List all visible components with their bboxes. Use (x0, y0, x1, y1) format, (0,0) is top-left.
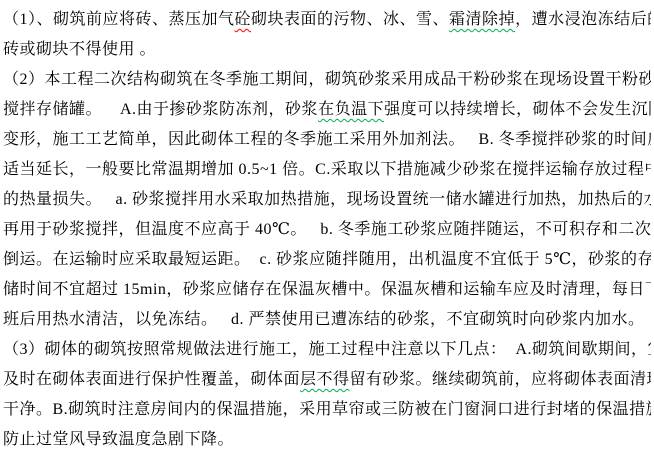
text-segment: （1）、砌筑前应将砖、蒸压加气 (3, 11, 235, 28)
document-line: 及时在砌体表面进行保护性覆盖，砌体面层不得留有砂浆。继续砌筑前，应将砌体表面清理 (3, 365, 651, 395)
text-segment: 防止过堂风导致温度急剧下降。 (3, 431, 234, 448)
text-segment: 砌块表面的污物、冰、雪、 (251, 11, 449, 28)
grammar-flagged-text: 霜清除掉 (449, 11, 515, 28)
document-line: （2）本工程二次结构砌筑在冬季施工期间，砌筑砂浆采用成品干粉砂浆在现场设置干粉砂… (3, 65, 651, 95)
document-line: 适当延长，一般要比常温期增加 0.5~1 倍。C.采取以下措施减少砂浆在搅拌运输… (3, 155, 651, 185)
text-segment: 干净。B.砌筑时注意房间内的保温措施，采用草帘或三防被在门窗洞口进行封堵的保温措… (3, 401, 651, 418)
document-body[interactable]: （1）、砌筑前应将砖、蒸压加气砼砌块表面的污物、冰、雪、霜清除掉，遭水浸泡冻结后… (3, 5, 651, 455)
document-line: 搅拌存储罐。 A.由于掺砂浆防冻剂，砂浆在负温下强度可以持续增长，砌体不会发生沉… (3, 95, 651, 125)
document-line: 干净。B.砌筑时注意房间内的保温措施，采用草帘或三防被在门窗洞口进行封堵的保温措… (3, 395, 651, 425)
text-segment: 再用于砂浆搅拌，但温度不应高于 40℃。 b. 冬季施工砂浆应随拌随运，不可积存… (3, 221, 651, 238)
text-segment: （3）砌体的砌筑按照常规做法进行施工，施工过程中注意以下几点： A.砌筑间歇期间… (3, 341, 651, 358)
document-line: 防止过堂风导致温度急剧下降。 (3, 425, 651, 455)
document-line: 倒运。在运输时应采取最短运距。 c. 砂浆应随拌随用，出机温度不宜低于 5℃，砂… (3, 245, 651, 275)
text-segment: 储时间不宜超过 15min，砂浆应储存在保温灰槽中。保温灰槽和运输车应及时清理，… (3, 281, 651, 298)
document-line: （3）砌体的砌筑按照常规做法进行施工，施工过程中注意以下几点： A.砌筑间歇期间… (3, 335, 651, 365)
text-segment: 变形，施工工艺简单，因此砌体工程的冬季施工采用外加剂法。 B. 冬季搅拌砂浆的时… (3, 131, 651, 148)
spellcheck-flagged-text: 砼 (235, 11, 252, 28)
document-line: 的热量损失。 a. 砂浆搅拌用水采取加热措施，现场设置统一储水罐进行加热，加热后… (3, 185, 651, 215)
text-segment: 适当延长，一般要比常温期增加 0.5~1 倍。C.采取以下措施减少砂浆在搅拌运输… (3, 161, 651, 178)
text-segment: 班后用热水清洁，以免冻结。 d. 严禁使用已遭冻结的砂浆，不宜砌筑时向砂浆内加水… (3, 311, 645, 328)
document-line: （1）、砌筑前应将砖、蒸压加气砼砌块表面的污物、冰、雪、霜清除掉，遭水浸泡冻结后… (3, 5, 651, 35)
document-page: （1）、砌筑前应将砖、蒸压加气砼砌块表面的污物、冰、雪、霜清除掉，遭水浸泡冻结后… (0, 0, 654, 473)
text-segment: 强度可以持续增长，砌体不会发生沉降 (384, 101, 651, 118)
text-segment: 砖或砌块不得使用 。 (3, 41, 156, 58)
text-segment: （2）本工程二次结构砌筑在冬季施工期间，砌筑砂浆采用成品干粉砂浆在现场设置干粉砂… (3, 71, 651, 88)
text-segment: 倒运。在运输时应采取最短运距。 c. 砂浆应随拌随用，出机温度不宜低于 5℃，砂… (3, 251, 651, 268)
document-line: 储时间不宜超过 15min，砂浆应储存在保温灰槽中。保温灰槽和运输车应及时清理，… (3, 275, 651, 305)
text-segment: 搅拌存储罐。 A.由于掺砂浆防冻剂，砂浆 (3, 101, 318, 118)
grammar-flagged-text: 层不得 (300, 371, 350, 388)
grammar-flagged-text: 在负温下 (318, 101, 384, 118)
text-segment: 留有砂浆。继续砌筑前，应将砌体表面清理 (350, 371, 651, 388)
document-line: 再用于砂浆搅拌，但温度不应高于 40℃。 b. 冬季施工砂浆应随拌随运，不可积存… (3, 215, 651, 245)
document-line: 变形，施工工艺简单，因此砌体工程的冬季施工采用外加剂法。 B. 冬季搅拌砂浆的时… (3, 125, 651, 155)
text-segment: ，遭水浸泡冻结后的 (515, 11, 651, 28)
document-line: 班后用热水清洁，以免冻结。 d. 严禁使用已遭冻结的砂浆，不宜砌筑时向砂浆内加水… (3, 305, 651, 335)
text-segment: 的热量损失。 a. 砂浆搅拌用水采取加热措施，现场设置统一储水罐进行加热，加热后… (3, 191, 651, 208)
text-segment: 及时在砌体表面进行保护性覆盖，砌体面 (3, 371, 300, 388)
document-line: 砖或砌块不得使用 。 (3, 35, 651, 65)
